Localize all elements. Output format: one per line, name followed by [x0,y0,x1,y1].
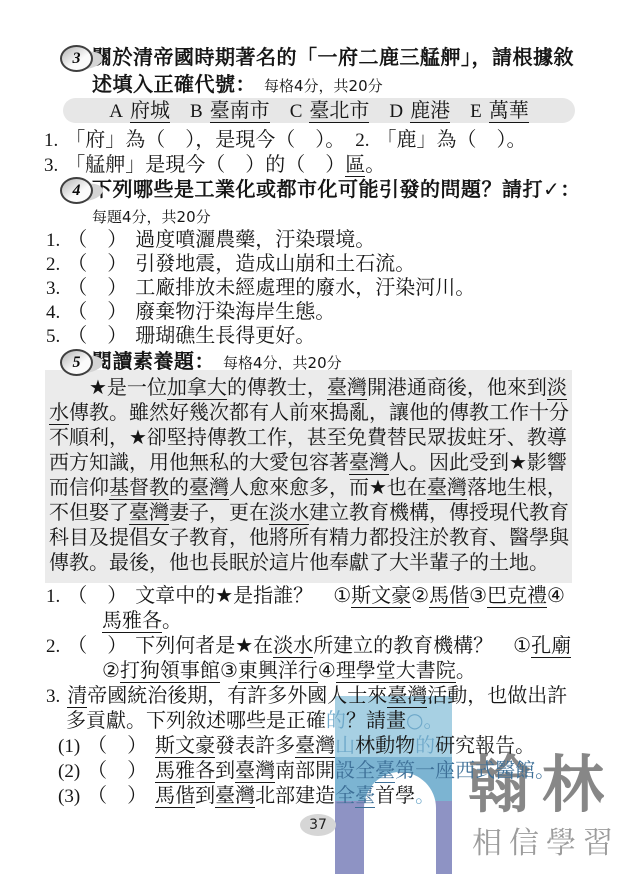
text-segment: 1. [46,586,60,607]
text-segment: C [290,101,303,122]
text-segment: （ ） [67,583,127,607]
text-segment: 文章中的★是指誰？ [135,583,333,607]
q5-sub2-line1: 2.（ ）下列何者是★在淡水所建立的教育機構？ ①孔廟 [46,633,571,659]
text-segment [270,98,290,122]
text-segment: ③ [220,658,238,682]
worksheet-page: 翰林 相信學習 3 關於清帝國時期著名的「一府二鹿三艋舺」，請根據敘 述填入正確… [0,0,635,874]
passage-line-7: 科目及提倡女子教育，他將所有精力都投注於教育、醫學與 [49,525,572,550]
proper-noun-underlined: 馬偕 [429,583,469,608]
proper-noun-underlined: 臺南市 [210,98,270,123]
q5-sub3-line1: 3.清帝國統治後期，有許多外國人士來臺灣活動，也做出許 [46,683,567,709]
text-segment: ① [333,583,351,607]
text-segment: 。 [162,608,182,632]
text-segment: 2. [46,254,60,275]
text-segment: 3. [46,278,60,299]
proper-noun-underlined: 打狗領事館 [120,658,220,683]
passage-line-1: ★是一位加拿大的傳教士，臺灣開港通商後，他來到淡 [49,375,572,400]
text-segment: 4. [46,302,60,323]
text-segment [450,98,470,122]
text-segment: 發表許多 [215,733,295,757]
text-segment: 山 [335,733,355,757]
text-segment: 建立教育機構，傳授現代教育 [309,500,569,524]
text-segment: 妻子，更在 [169,500,269,524]
proper-noun-underlined: 斯文豪 [351,583,411,608]
text-segment: 傳教。雖然好幾次都有人前來搗亂，讓他的傳教工作十分 [69,400,569,424]
text-segment: A [109,101,123,122]
text-segment: 首學 [375,783,415,807]
text-segment: ？請畫 [346,708,406,732]
proper-noun-underlined: 基督教 [109,475,169,500]
passage-line-8: 傳教。最後，他也長眠於這片他奉獻了大半輩子的土地。 [49,550,572,575]
proper-noun-underlined: 臺灣 [349,450,389,475]
text-segment: 人。因此受到★影響 [389,450,567,474]
q4-item-1: 1.（ ）過度噴灑農藥，汙染環境。 [46,227,375,253]
text-segment: （ ） [87,758,147,782]
q5-sub1-line1: 1.（ ）文章中的★是指誰？ ①斯文豪②馬偕③巴克禮④ [46,583,565,609]
text-segment: （ ） [67,323,127,347]
q3-heading-line1: 關於清帝國時期著名的「一府二鹿三艋舺」，請根據敘 [92,45,574,70]
q5-sub3-item1: (1)（ ）斯文豪發表許多臺灣山林動物的研究報告。 [58,733,535,759]
proper-noun-underlined: 馬雅各 [155,758,215,783]
proper-noun-underlined: 臺灣 [387,683,427,708]
question5-badge: 5 [60,349,106,379]
text-segment: B [190,101,203,122]
proper-noun-underlined: 馬雅各 [102,608,162,633]
text-segment [369,98,389,122]
text-segment: （ ） [87,733,147,757]
question3-badge: 3 [60,45,106,75]
answer-code-options: A府城 B臺南市 C臺北市 D鹿港 E萬華 [63,98,575,123]
text-segment: E [470,101,482,122]
text-segment: 3. [46,686,60,707]
proper-noun-underlined: 加拿大 [167,375,227,400]
text-segment: ② [411,583,429,607]
text-segment: 引發地震，造成山崩和土石流。 [135,251,415,275]
proper-noun-underlined: 東興洋行 [238,658,318,683]
passage-line-6: 不但娶了臺灣妻子，更在淡水建立教育機構，傳授現代教育 [49,500,572,525]
proper-noun-underlined: 清 [67,683,87,708]
proper-noun-underlined: 府城 [130,98,170,123]
hanlin-slogan: 相信學習 [472,818,620,862]
question4-badge: 4 [60,177,106,207]
text-segment: 南部開 [275,758,335,782]
text-segment: 不但娶了 [49,500,129,524]
text-segment: 「府」為（ ），是現今（ ）。 [65,127,335,151]
passage-line-3: 不順利，★卻堅持傳教工作，甚至免費替民眾拔蛀牙、教導 [49,425,572,450]
text-segment: 設全 [335,758,375,782]
proper-noun-underlined: 臺灣 [427,475,467,500]
proper-noun-underlined: 理學堂大書院 [336,658,456,683]
text-segment: 北部建造 [255,783,335,807]
proper-noun-underlined: 孔廟 [531,633,571,658]
text-segment: 2. [46,636,60,657]
passage-line-4: 西方知識，用他無私的大愛包容著臺灣人。因此受到★影響 [49,450,572,475]
text-segment: 過度噴灑農藥，汙染環境。 [135,227,375,251]
proper-noun-underlined: 臺灣 [327,375,367,400]
text-segment: 科目及提倡女子教育，他將所有精力都投注於教育、醫學與 [49,525,569,549]
proper-noun-underlined: 馬偕 [155,783,195,808]
proper-noun-underlined: 水 [49,400,69,425]
page-number-badge: 37 [300,814,336,836]
text-segment [170,98,190,122]
text-segment: 的 [326,708,346,732]
text-segment: （ ） [67,251,127,275]
text-segment: 傳教。最後，他也長眠於這片他奉獻了大半輩子的土地。 [49,550,549,574]
proper-noun-underlined: 巴克禮 [487,583,547,608]
text-segment: 2. [355,130,369,151]
q4-item-2: 2.（ ）引發地震，造成山崩和土石流。 [46,251,415,277]
text-segment: D [389,101,403,122]
q5-sub1-line2: 馬雅各。 [102,608,182,633]
passage-line-2: 水傳教。雖然好幾次都有人前來搗亂，讓他的傳教工作十分 [49,400,572,425]
text-segment: 多貢獻。下列敘述哪些是正確 [66,708,326,732]
text-segment: 所建立的教育機構？ ① [313,633,531,657]
proper-noun-underlined: 臺北市 [309,98,369,123]
text-segment: 活動，也做出許 [427,683,567,707]
text-segment: 開港通商後，他來到 [367,375,547,399]
passage-line-5: 而信仰基督教的臺灣人愈來愈多，而★也在臺灣落地生根， [49,475,572,500]
text-segment: 的 [415,733,435,757]
proper-noun-underlined: 區 [345,152,365,177]
q5-sub2-line2: ②打狗領事館③東興洋行④理學堂大書院。 [102,658,476,683]
text-segment: 落地生根， [467,475,567,499]
badge-number: 3 [60,45,93,72]
text-segment: 研究報告。 [435,733,535,757]
q4-heading: 下列哪些是工業化或都市化可能引發的問題？請打✓： [92,177,581,202]
text-segment: 1. [46,230,60,251]
text-segment: 第一座西式醫館。 [395,758,555,782]
text-segment: （ ） [67,299,127,323]
text-segment: 全 [335,783,355,807]
text-segment: （ ） [67,633,127,657]
text-segment: 。 [415,783,435,807]
q4-item-5: 5.（ ）珊瑚礁生長得更好。 [46,323,315,349]
text-segment: 「艋舺」是現今（ ）的（ ） [65,152,345,176]
text-segment: （ ） [67,227,127,251]
q3-sub-line-2: 3.「艋舺」是現今（ ）的（ ）區。 [44,152,385,178]
q3-heading-line2: 述填入正確代號：每格4分，共20分 [92,72,383,99]
q5-sub3-item2: (2)（ ）馬雅各到臺灣南部開設全臺第一座西式醫館。 [58,758,555,784]
text-segment: ② [102,658,120,682]
reading-passage: ★是一位加拿大的傳教士，臺灣開港通商後，他來到淡 水傳教。雖然好幾次都有人前來搗… [45,370,572,583]
proper-noun-underlined: 萬華 [489,98,529,123]
text-segment: (2) [58,761,80,782]
proper-noun-underlined: 斯文豪 [155,733,215,758]
text-segment: ④ [547,583,565,607]
proper-noun-underlined: 臺灣 [129,500,169,525]
proper-noun-underlined: 臺 [355,783,375,808]
text-segment: 而信仰 [49,475,109,499]
proper-noun-underlined: 臺灣 [235,758,275,783]
text-segment: (1) [58,736,80,757]
q5-sub3-item3: (3)（ ）馬偕到臺灣北部建造全臺首學。 [58,783,435,809]
proper-noun-underlined: 淡水 [269,500,309,525]
text-segment [335,127,355,151]
proper-noun-underlined: 淡水 [273,633,313,658]
text-segment: 的 [169,475,189,499]
q4-item-4: 4.（ ）廢棄物汙染海岸生態。 [46,299,335,325]
text-segment: 。 [365,152,385,176]
text-segment: 人愈來愈多，而★也在 [229,475,427,499]
text-segment: 珊瑚礁生長得更好。 [135,323,315,347]
q3-heading-text: 述填入正確代號： [92,72,256,96]
badge-number: 4 [60,177,93,204]
proper-noun-underlined: 臺 [375,758,395,783]
text-segment: 3. [44,155,58,176]
text-segment: ④ [318,658,336,682]
text-segment: 廢棄物汙染海岸生態。 [135,299,335,323]
text-segment: 。 [456,658,476,682]
text-segment: ○。 [406,708,443,732]
text-segment: 到 [195,783,215,807]
proper-noun-underlined: 臺灣 [295,733,335,758]
proper-noun-underlined: 鹿港 [410,98,450,123]
text-segment: 不順利，★卻堅持傳教工作，甚至免費替民眾拔蛀牙、教導 [49,425,567,449]
text-segment: (3) [58,786,80,807]
text-segment: 5. [46,326,60,347]
text-segment: 1. [44,130,58,151]
q3-sub-line-1: 1.「府」為（ ），是現今（ ）。 2.「鹿」為（ ）。 [44,127,527,153]
q3-points: 每格4分，共20分 [264,77,383,95]
text-segment: 林動物 [355,733,415,757]
q4-item-3: 3.（ ）工廠排放未經處理的廢水，汙染河川。 [46,275,475,301]
text-segment: 工廠排放未經處理的廢水，汙染河川。 [135,275,475,299]
text-segment: 西方知識，用他無私的大愛包容著 [49,450,349,474]
text-segment: 帝國統治後期，有許多外國人士來 [87,683,387,707]
text-segment: 「鹿」為（ ）。 [377,127,527,151]
proper-noun-underlined: 臺灣 [215,783,255,808]
proper-noun-underlined: 臺灣 [189,475,229,500]
text-segment: （ ） [87,783,147,807]
q5-sub3-line2: 多貢獻。下列敘述哪些是正確的？請畫○。 [66,708,443,733]
text-segment: （ ） [67,275,127,299]
proper-noun-underlined: 淡 [547,375,567,400]
text-segment: 到 [215,758,235,782]
text-segment: 下列何者是★在 [135,633,273,657]
text-segment: ③ [469,583,487,607]
badge-number: 5 [60,349,93,376]
text-segment: 的傳教士， [227,375,327,399]
